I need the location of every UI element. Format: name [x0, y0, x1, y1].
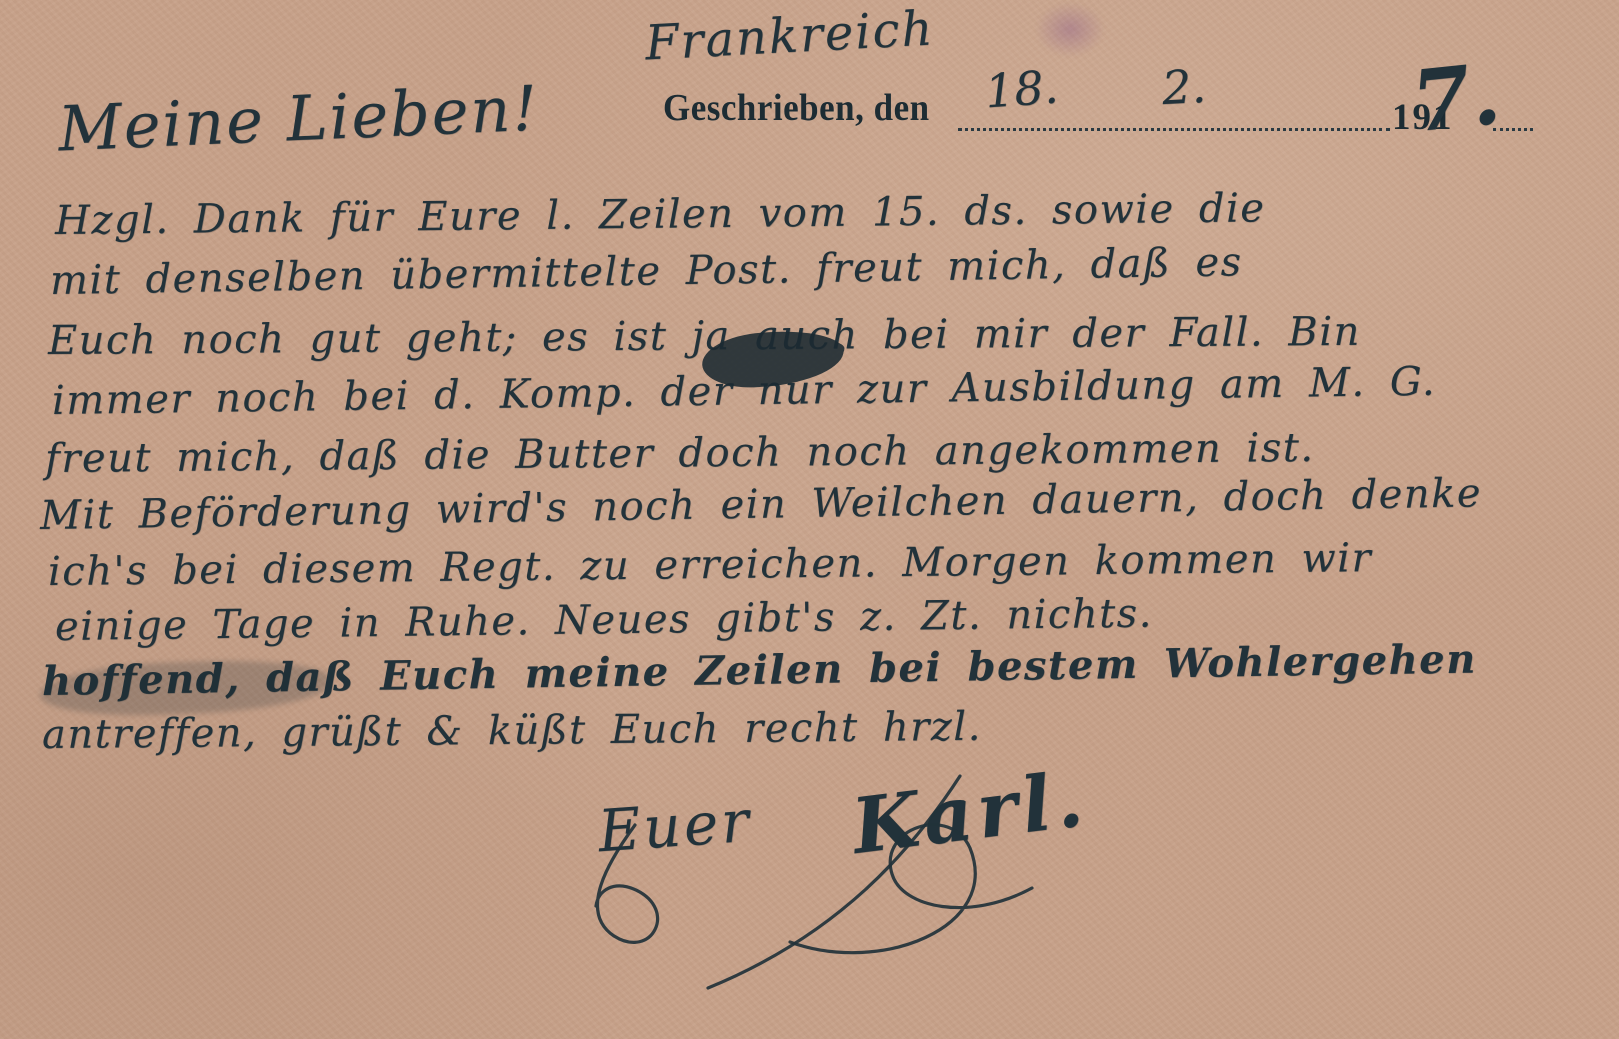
date-month: 2. [1161, 59, 1208, 115]
handwritten-line: Mit Beförderung wird's noch ein Weilchen… [40, 470, 1483, 539]
signature-flourish [540, 770, 1180, 1025]
printed-date-label: Geschrieben, den [663, 86, 930, 129]
stamp-smudge [1035, 2, 1105, 57]
handwritten-year-digit: 7. [1407, 44, 1505, 152]
postcard-scan: Frankreich Geschrieben, den 18. 2. 191 7… [0, 0, 1619, 1039]
handwritten-line: mit denselben übermittelte Post. freut m… [50, 239, 1243, 304]
date-day: 18. [983, 60, 1060, 119]
salutation: Meine Lieben! [57, 72, 541, 166]
handwritten-line: einige Tage in Ruhe. Neues gibt's z. Zt.… [55, 591, 1153, 650]
country-note: Frankreich [644, 0, 936, 71]
handwritten-line: ich's bei diesem Regt. zu erreichen. Mor… [48, 535, 1373, 595]
handwritten-line: Hzgl. Dank für Eure l. Zeilen vom 15. ds… [55, 185, 1266, 244]
handwritten-line: freut mich, daß die Butter doch noch ang… [45, 425, 1315, 482]
